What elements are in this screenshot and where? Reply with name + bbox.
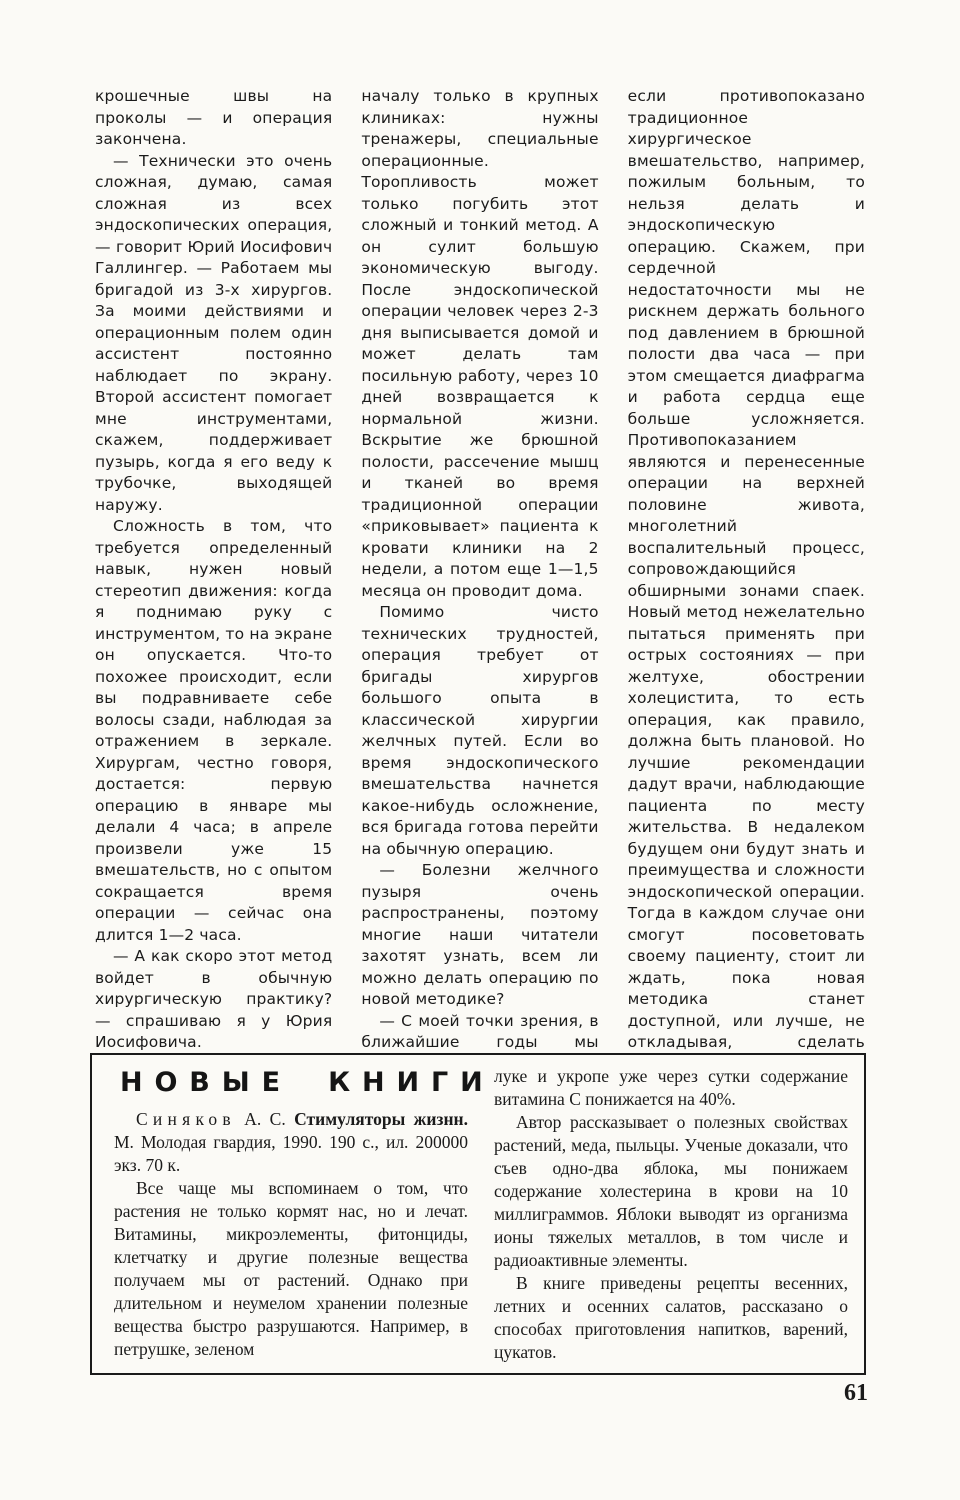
paragraph: Помимо чисто технических трудностей, опе… bbox=[361, 602, 598, 860]
paragraph: Сложность в том, что требуется определен… bbox=[95, 516, 332, 946]
article-column-1: крошечные швы на проколы — и операция за… bbox=[95, 86, 332, 1140]
new-books-column-1: НОВЫЕ КНИГИ Синяков А. С. Стимуляторы жи… bbox=[114, 1065, 468, 1365]
new-books-title: НОВЫЕ КНИГИ bbox=[120, 1071, 468, 1094]
paragraph: луке и укропе уже через сутки содержание… bbox=[494, 1065, 848, 1111]
book-bibliography: Синяков А. С. Стимуляторы жизнн. М. Моло… bbox=[114, 1108, 468, 1177]
page-number: 61 bbox=[844, 1380, 868, 1407]
new-books-box: НОВЫЕ КНИГИ Синяков А. С. Стимуляторы жи… bbox=[90, 1053, 866, 1375]
paragraph: если противопоказано традиционное хирург… bbox=[628, 86, 865, 1097]
new-books-column-1-text: Синяков А. С. Стимуляторы жизнн. М. Моло… bbox=[114, 1108, 468, 1361]
article-column-2: началу только в крупных клиниках: нужны … bbox=[361, 86, 598, 1140]
article-interview: крошечные швы на проколы — и операция за… bbox=[95, 86, 865, 1140]
paragraph: В книге приведены рецепты весенних, летн… bbox=[494, 1272, 848, 1364]
paragraph: Все чаще мы вспоминаем о том, что растен… bbox=[114, 1177, 468, 1361]
paragraph: — Болезни желчного пузыря очень распрост… bbox=[361, 860, 598, 1011]
magazine-page: крошечные швы на проколы — и операция за… bbox=[0, 0, 960, 1500]
paragraph: — Технически это очень сложная, думаю, с… bbox=[95, 151, 332, 517]
article-column-3: если противопоказано традиционное хирург… bbox=[628, 86, 865, 1140]
paragraph: началу только в крупных клиниках: нужны … bbox=[361, 86, 598, 602]
paragraph: крошечные швы на проколы — и операция за… bbox=[95, 86, 332, 151]
new-books-column-2: луке и укропе уже через сутки содержание… bbox=[494, 1065, 848, 1365]
paragraph: Автор рассказывает о полезных свойствах … bbox=[494, 1111, 848, 1272]
paragraph: — А как скоро этот метод войдет в обычну… bbox=[95, 946, 332, 1054]
